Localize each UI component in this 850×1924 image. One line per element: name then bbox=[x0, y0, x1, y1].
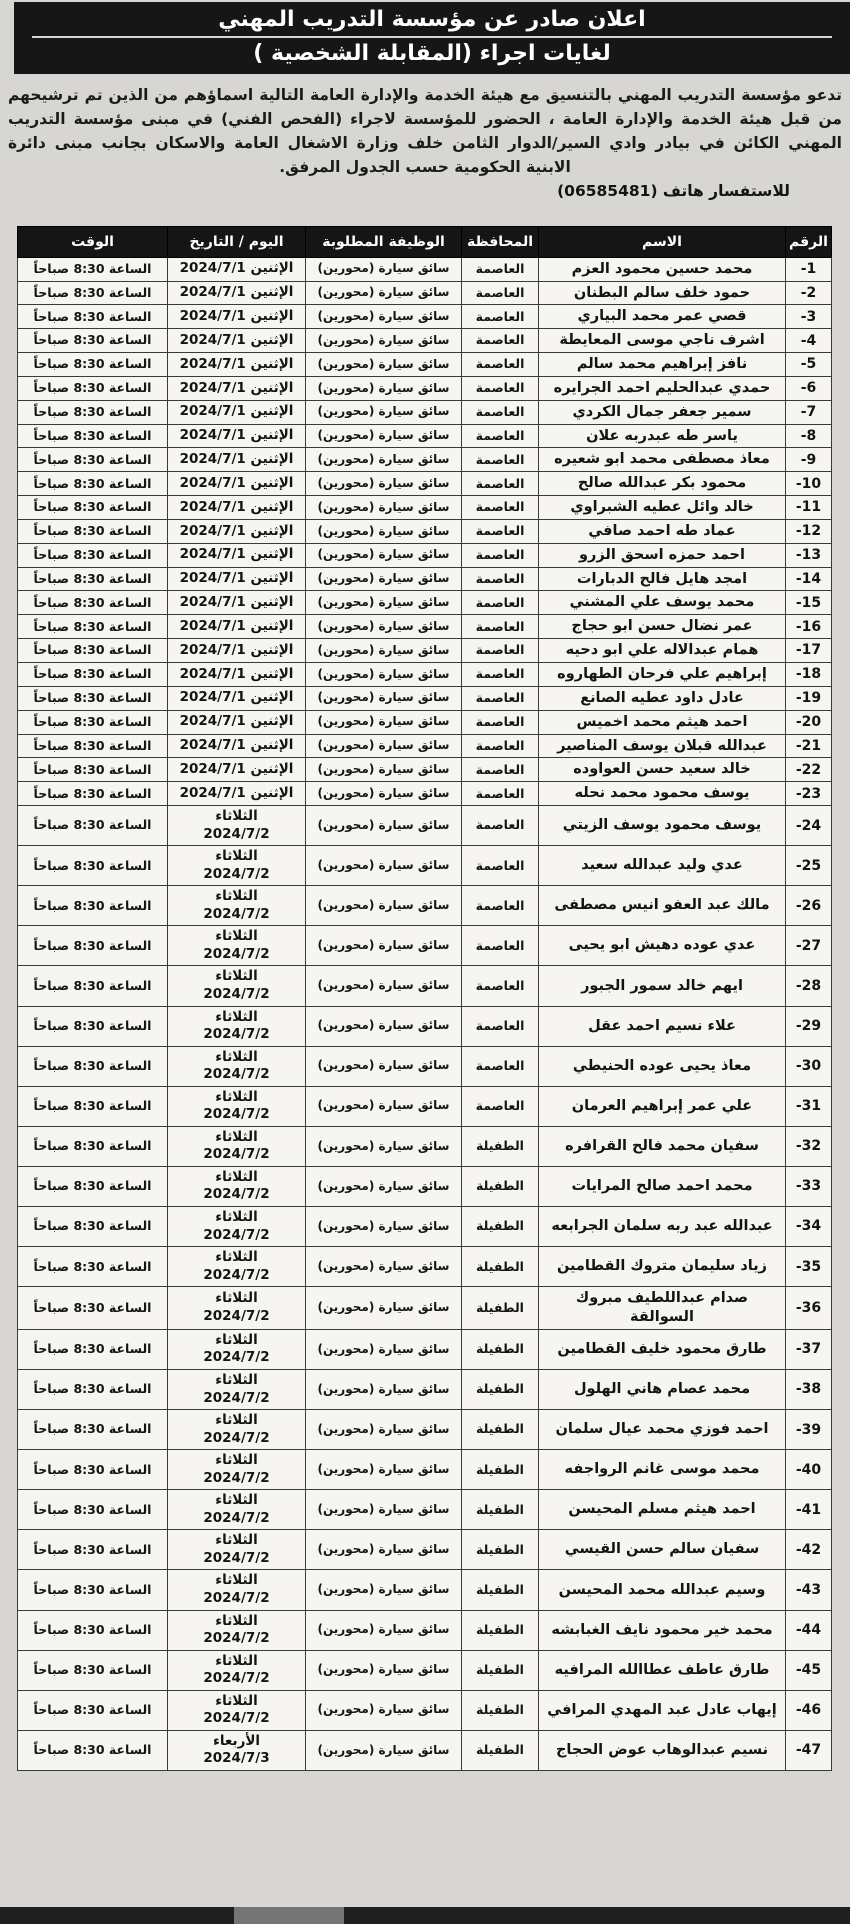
day-date-cell: الإثنين 2024/7/1 bbox=[168, 710, 306, 734]
job-cell: سائق سيارة (محورين) bbox=[306, 710, 462, 734]
governorate-cell: العاصمة bbox=[462, 686, 539, 710]
table-row: -6حمدي عبدالحليم احمد الجرايرهالعاصمةسائ… bbox=[18, 376, 832, 400]
day-date-cell: الإثنين 2024/7/1 bbox=[168, 591, 306, 615]
day-date-cell: الثلاثاء 2024/7/2 bbox=[168, 1166, 306, 1206]
job-cell: سائق سيارة (محورين) bbox=[306, 1730, 462, 1770]
row-number-cell: -22 bbox=[786, 758, 832, 782]
row-number-cell: -6 bbox=[786, 376, 832, 400]
time-cell: الساعة 8:30 صباحاً bbox=[18, 448, 168, 472]
name-cell: همام عبدالاله علي ابو دحيه bbox=[539, 639, 786, 663]
day-date-cell: الإثنين 2024/7/1 bbox=[168, 639, 306, 663]
job-cell: سائق سيارة (محورين) bbox=[306, 353, 462, 377]
name-cell: محمد عصام هاني الهلول bbox=[539, 1369, 786, 1409]
table-row: -30معاذ يحيى عوده الحنيطيالعاصمةسائق سيا… bbox=[18, 1046, 832, 1086]
table-row: -23يوسف محمود محمد نحلهالعاصمةسائق سيارة… bbox=[18, 782, 832, 806]
day-date-cell: الإثنين 2024/7/1 bbox=[168, 782, 306, 806]
job-cell: سائق سيارة (محورين) bbox=[306, 496, 462, 520]
name-cell: حمود خلف سالم البطنان bbox=[539, 281, 786, 305]
row-number-cell: -32 bbox=[786, 1126, 832, 1166]
table-row: -14امجد هايل فالح الدباراتالعاصمةسائق سي… bbox=[18, 567, 832, 591]
time-cell: الساعة 8:30 صباحاً bbox=[18, 1369, 168, 1409]
name-cell: ايهم خالد سمور الجبور bbox=[539, 966, 786, 1006]
day-date-cell: الثلاثاء 2024/7/2 bbox=[168, 1490, 306, 1530]
time-cell: الساعة 8:30 صباحاً bbox=[18, 806, 168, 846]
day-date-cell: الإثنين 2024/7/1 bbox=[168, 519, 306, 543]
roster-table-body: -1محمد حسين محمود العزمالعاصمةسائق سيارة… bbox=[18, 257, 832, 1770]
governorate-cell: العاصمة bbox=[462, 1086, 539, 1126]
job-cell: سائق سيارة (محورين) bbox=[306, 846, 462, 886]
time-cell: الساعة 8:30 صباحاً bbox=[18, 1730, 168, 1770]
time-cell: الساعة 8:30 صباحاً bbox=[18, 472, 168, 496]
name-cell: يوسف محمود محمد نحله bbox=[539, 782, 786, 806]
name-cell: إيهاب عادل عبد المهدي المرافي bbox=[539, 1690, 786, 1730]
table-row: -16عمر نضال حسن ابو حجاجالعاصمةسائق سيار… bbox=[18, 615, 832, 639]
day-date-cell: الثلاثاء 2024/7/2 bbox=[168, 1329, 306, 1369]
table-row: -27عدي عوده دهيش ابو يحيىالعاصمةسائق سيا… bbox=[18, 926, 832, 966]
governorate-cell: العاصمة bbox=[462, 400, 539, 424]
governorate-cell: العاصمة bbox=[462, 846, 539, 886]
name-cell: محمد موسى غانم الرواجفه bbox=[539, 1450, 786, 1490]
name-cell: علي عمر إبراهيم العرمان bbox=[539, 1086, 786, 1126]
day-date-cell: الإثنين 2024/7/1 bbox=[168, 448, 306, 472]
time-cell: الساعة 8:30 صباحاً bbox=[18, 1086, 168, 1126]
name-cell: ياسر طه عبدربه علان bbox=[539, 424, 786, 448]
table-row: -46إيهاب عادل عبد المهدي المرافيالطفيلةس… bbox=[18, 1690, 832, 1730]
job-cell: سائق سيارة (محورين) bbox=[306, 281, 462, 305]
day-date-cell: الثلاثاء 2024/7/2 bbox=[168, 1450, 306, 1490]
row-number-cell: -3 bbox=[786, 305, 832, 329]
row-number-cell: -43 bbox=[786, 1570, 832, 1610]
row-number-cell: -7 bbox=[786, 400, 832, 424]
row-number-cell: -30 bbox=[786, 1046, 832, 1086]
time-cell: الساعة 8:30 صباحاً bbox=[18, 1570, 168, 1610]
name-cell: إبراهيم علي فرحان الطهاروه bbox=[539, 663, 786, 687]
table-row: -40محمد موسى غانم الرواجفهالطفيلةسائق سي… bbox=[18, 1450, 832, 1490]
time-cell: الساعة 8:30 صباحاً bbox=[18, 1610, 168, 1650]
row-number-cell: -42 bbox=[786, 1530, 832, 1570]
row-number-cell: -20 bbox=[786, 710, 832, 734]
day-date-cell: الإثنين 2024/7/1 bbox=[168, 424, 306, 448]
name-cell: احمد حمزه اسحق الزرو bbox=[539, 543, 786, 567]
table-row: -12عماد طه احمد صافيالعاصمةسائق سيارة (م… bbox=[18, 519, 832, 543]
time-cell: الساعة 8:30 صباحاً bbox=[18, 1450, 168, 1490]
table-row: -8ياسر طه عبدربه علانالعاصمةسائق سيارة (… bbox=[18, 424, 832, 448]
table-row: -2حمود خلف سالم البطنانالعاصمةسائق سيارة… bbox=[18, 281, 832, 305]
time-cell: الساعة 8:30 صباحاً bbox=[18, 734, 168, 758]
governorate-cell: العاصمة bbox=[462, 353, 539, 377]
time-cell: الساعة 8:30 صباحاً bbox=[18, 567, 168, 591]
job-cell: سائق سيارة (محورين) bbox=[306, 782, 462, 806]
time-cell: الساعة 8:30 صباحاً bbox=[18, 519, 168, 543]
header-governorate: المحافظة bbox=[462, 226, 539, 257]
day-date-cell: الإثنين 2024/7/1 bbox=[168, 305, 306, 329]
job-cell: سائق سيارة (محورين) bbox=[306, 1690, 462, 1730]
table-row: -11خالد وائل عطيه الشبراويالعاصمةسائق سي… bbox=[18, 496, 832, 520]
time-cell: الساعة 8:30 صباحاً bbox=[18, 424, 168, 448]
governorate-cell: العاصمة bbox=[462, 734, 539, 758]
time-cell: الساعة 8:30 صباحاً bbox=[18, 639, 168, 663]
table-row: -38محمد عصام هاني الهلولالطفيلةسائق سيار… bbox=[18, 1369, 832, 1409]
table-row: -28ايهم خالد سمور الجبورالعاصمةسائق سيار… bbox=[18, 966, 832, 1006]
table-row: -24يوسف محمود يوسف الزيتيالعاصمةسائق سيا… bbox=[18, 806, 832, 846]
table-row: -36صدام عبداللطيف مبروك السوالقةالطفيلةس… bbox=[18, 1287, 832, 1330]
name-cell: عبدالله عبد ربه سلمان الجرابعه bbox=[539, 1207, 786, 1247]
row-number-cell: -2 bbox=[786, 281, 832, 305]
row-number-cell: -29 bbox=[786, 1006, 832, 1046]
name-cell: نافز إبراهيم محمد سالم bbox=[539, 353, 786, 377]
day-date-cell: الثلاثاء 2024/7/2 bbox=[168, 1126, 306, 1166]
row-number-cell: -4 bbox=[786, 329, 832, 353]
name-cell: قصي عمر محمد البياري bbox=[539, 305, 786, 329]
job-cell: سائق سيارة (محورين) bbox=[306, 329, 462, 353]
governorate-cell: العاصمة bbox=[462, 305, 539, 329]
table-row: -4اشرف ناجي موسى المعايطةالعاصمةسائق سيا… bbox=[18, 329, 832, 353]
job-cell: سائق سيارة (محورين) bbox=[306, 591, 462, 615]
day-date-cell: الإثنين 2024/7/1 bbox=[168, 400, 306, 424]
row-number-cell: -10 bbox=[786, 472, 832, 496]
table-row: -32سفيان محمد فالح القرافرهالطفيلةسائق س… bbox=[18, 1126, 832, 1166]
table-row: -10محمود بكر عبدالله صالحالعاصمةسائق سيا… bbox=[18, 472, 832, 496]
table-row: -18إبراهيم علي فرحان الطهاروهالعاصمةسائق… bbox=[18, 663, 832, 687]
row-number-cell: -9 bbox=[786, 448, 832, 472]
job-cell: سائق سيارة (محورين) bbox=[306, 257, 462, 281]
table-row: -29علاء نسيم احمد عقلالعاصمةسائق سيارة (… bbox=[18, 1006, 832, 1046]
table-row: -39احمد فوزي محمد عيال سلمانالطفيلةسائق … bbox=[18, 1410, 832, 1450]
name-cell: عماد طه احمد صافي bbox=[539, 519, 786, 543]
day-date-cell: الإثنين 2024/7/1 bbox=[168, 567, 306, 591]
job-cell: سائق سيارة (محورين) bbox=[306, 1450, 462, 1490]
newspaper-announcement-page: { "colors":{ "page_bg":"#d7d6d2", "title… bbox=[0, 0, 850, 1924]
name-cell: امجد هايل فالح الدبارات bbox=[539, 567, 786, 591]
row-number-cell: -40 bbox=[786, 1450, 832, 1490]
time-cell: الساعة 8:30 صباحاً bbox=[18, 1046, 168, 1086]
job-cell: سائق سيارة (محورين) bbox=[306, 1006, 462, 1046]
table-row: -47نسيم عبدالوهاب عوض الحجاجالطفيلةسائق … bbox=[18, 1730, 832, 1770]
row-number-cell: -31 bbox=[786, 1086, 832, 1126]
table-row: -33محمد احمد صالح المراياتالطفيلةسائق سي… bbox=[18, 1166, 832, 1206]
governorate-cell: الطفيلة bbox=[462, 1450, 539, 1490]
table-row: -42سفيان سالم حسن القيسيالطفيلةسائق سيار… bbox=[18, 1530, 832, 1570]
job-cell: سائق سيارة (محورين) bbox=[306, 1166, 462, 1206]
day-date-cell: الثلاثاء 2024/7/2 bbox=[168, 1530, 306, 1570]
time-cell: الساعة 8:30 صباحاً bbox=[18, 1247, 168, 1287]
time-cell: الساعة 8:30 صباحاً bbox=[18, 758, 168, 782]
row-number-cell: -39 bbox=[786, 1410, 832, 1450]
name-cell: عدي وليد عبدالله سعيد bbox=[539, 846, 786, 886]
day-date-cell: الثلاثاء 2024/7/2 bbox=[168, 1207, 306, 1247]
row-number-cell: -12 bbox=[786, 519, 832, 543]
table-row: -25عدي وليد عبدالله سعيدالعاصمةسائق سيار… bbox=[18, 846, 832, 886]
announcement-title-line2: لغايات اجراء (المقابلة الشخصية ) bbox=[18, 41, 846, 66]
row-number-cell: -19 bbox=[786, 686, 832, 710]
day-date-cell: الإثنين 2024/7/1 bbox=[168, 329, 306, 353]
name-cell: طارق عاطف عطاالله المرافيه bbox=[539, 1650, 786, 1690]
time-cell: الساعة 8:30 صباحاً bbox=[18, 1690, 168, 1730]
job-cell: سائق سيارة (محورين) bbox=[306, 305, 462, 329]
day-date-cell: الإثنين 2024/7/1 bbox=[168, 663, 306, 687]
day-date-cell: الثلاثاء 2024/7/2 bbox=[168, 1247, 306, 1287]
row-number-cell: -44 bbox=[786, 1610, 832, 1650]
day-date-cell: الإثنين 2024/7/1 bbox=[168, 353, 306, 377]
job-cell: سائق سيارة (محورين) bbox=[306, 1046, 462, 1086]
row-number-cell: -47 bbox=[786, 1730, 832, 1770]
job-cell: سائق سيارة (محورين) bbox=[306, 567, 462, 591]
day-date-cell: الثلاثاء 2024/7/2 bbox=[168, 1369, 306, 1409]
header-day-date: اليوم / التاريخ bbox=[168, 226, 306, 257]
time-cell: الساعة 8:30 صباحاً bbox=[18, 966, 168, 1006]
day-date-cell: الثلاثاء 2024/7/2 bbox=[168, 1690, 306, 1730]
governorate-cell: العاصمة bbox=[462, 496, 539, 520]
row-number-cell: -45 bbox=[786, 1650, 832, 1690]
governorate-cell: العاصمة bbox=[462, 710, 539, 734]
name-cell: سمير جعفر جمال الكردي bbox=[539, 400, 786, 424]
governorate-cell: الطفيلة bbox=[462, 1329, 539, 1369]
job-cell: سائق سيارة (محورين) bbox=[306, 1410, 462, 1450]
time-cell: الساعة 8:30 صباحاً bbox=[18, 591, 168, 615]
governorate-cell: العاصمة bbox=[462, 615, 539, 639]
row-number-cell: -11 bbox=[786, 496, 832, 520]
name-cell: سفيان سالم حسن القيسي bbox=[539, 1530, 786, 1570]
job-cell: سائق سيارة (محورين) bbox=[306, 758, 462, 782]
table-row: -21عبدالله قبلان يوسف المناصيرالعاصمةسائ… bbox=[18, 734, 832, 758]
job-cell: سائق سيارة (محورين) bbox=[306, 1490, 462, 1530]
name-cell: طارق محمود خليف القطامين bbox=[539, 1329, 786, 1369]
header-name: الاسم bbox=[539, 226, 786, 257]
name-cell: احمد فوزي محمد عيال سلمان bbox=[539, 1410, 786, 1450]
time-cell: الساعة 8:30 صباحاً bbox=[18, 329, 168, 353]
row-number-cell: -8 bbox=[786, 424, 832, 448]
name-cell: وسيم عبدالله محمد المحيسن bbox=[539, 1570, 786, 1610]
governorate-cell: العاصمة bbox=[462, 448, 539, 472]
row-number-cell: -46 bbox=[786, 1690, 832, 1730]
time-cell: الساعة 8:30 صباحاً bbox=[18, 663, 168, 687]
row-number-cell: -14 bbox=[786, 567, 832, 591]
job-cell: سائق سيارة (محورين) bbox=[306, 519, 462, 543]
row-number-cell: -33 bbox=[786, 1166, 832, 1206]
time-cell: الساعة 8:30 صباحاً bbox=[18, 353, 168, 377]
job-cell: سائق سيارة (محورين) bbox=[306, 639, 462, 663]
day-date-cell: الثلاثاء 2024/7/2 bbox=[168, 1287, 306, 1330]
time-cell: الساعة 8:30 صباحاً bbox=[18, 615, 168, 639]
day-date-cell: الثلاثاء 2024/7/2 bbox=[168, 926, 306, 966]
job-cell: سائق سيارة (محورين) bbox=[306, 400, 462, 424]
name-cell: معاذ مصطفى محمد ابو شعيره bbox=[539, 448, 786, 472]
row-number-cell: -27 bbox=[786, 926, 832, 966]
row-number-cell: -36 bbox=[786, 1287, 832, 1330]
time-cell: الساعة 8:30 صباحاً bbox=[18, 846, 168, 886]
day-date-cell: الثلاثاء 2024/7/2 bbox=[168, 1610, 306, 1650]
title-separator-line bbox=[32, 36, 832, 38]
job-cell: سائق سيارة (محورين) bbox=[306, 1207, 462, 1247]
governorate-cell: الطفيلة bbox=[462, 1570, 539, 1610]
name-cell: زياد سليمان متروك القطامين bbox=[539, 1247, 786, 1287]
table-row: -34عبدالله عبد ربه سلمان الجرابعهالطفيلة… bbox=[18, 1207, 832, 1247]
time-cell: الساعة 8:30 صباحاً bbox=[18, 400, 168, 424]
table-row: -13احمد حمزه اسحق الزروالعاصمةسائق سيارة… bbox=[18, 543, 832, 567]
table-row: -22خالد سعيد حسن العواودهالعاصمةسائق سيا… bbox=[18, 758, 832, 782]
day-date-cell: الإثنين 2024/7/1 bbox=[168, 615, 306, 639]
time-cell: الساعة 8:30 صباحاً bbox=[18, 1650, 168, 1690]
governorate-cell: الطفيلة bbox=[462, 1610, 539, 1650]
governorate-cell: الطفيلة bbox=[462, 1730, 539, 1770]
day-date-cell: الثلاثاء 2024/7/2 bbox=[168, 1046, 306, 1086]
job-cell: سائق سيارة (محورين) bbox=[306, 615, 462, 639]
governorate-cell: العاصمة bbox=[462, 281, 539, 305]
governorate-cell: العاصمة bbox=[462, 472, 539, 496]
governorate-cell: العاصمة bbox=[462, 663, 539, 687]
name-cell: احمد هيثم مسلم المحيسن bbox=[539, 1490, 786, 1530]
day-date-cell: الإثنين 2024/7/1 bbox=[168, 496, 306, 520]
governorate-cell: العاصمة bbox=[462, 886, 539, 926]
name-cell: معاذ يحيى عوده الحنيطي bbox=[539, 1046, 786, 1086]
phone-inquiry-line: للاستفسار هاتف (06585481) bbox=[8, 182, 790, 200]
name-cell: نسيم عبدالوهاب عوض الحجاج bbox=[539, 1730, 786, 1770]
time-cell: الساعة 8:30 صباحاً bbox=[18, 1006, 168, 1046]
governorate-cell: الطفيلة bbox=[462, 1207, 539, 1247]
table-row: -41احمد هيثم مسلم المحيسنالطفيلةسائق سيا… bbox=[18, 1490, 832, 1530]
name-cell: صدام عبداللطيف مبروك السوالقة bbox=[539, 1287, 786, 1330]
job-cell: سائق سيارة (محورين) bbox=[306, 1247, 462, 1287]
row-number-cell: -15 bbox=[786, 591, 832, 615]
day-date-cell: الثلاثاء 2024/7/2 bbox=[168, 886, 306, 926]
governorate-cell: الطفيلة bbox=[462, 1287, 539, 1330]
time-cell: الساعة 8:30 صباحاً bbox=[18, 1530, 168, 1570]
time-cell: الساعة 8:30 صباحاً bbox=[18, 496, 168, 520]
table-row: -1محمد حسين محمود العزمالعاصمةسائق سيارة… bbox=[18, 257, 832, 281]
job-cell: سائق سيارة (محورين) bbox=[306, 1530, 462, 1570]
day-date-cell: الإثنين 2024/7/1 bbox=[168, 543, 306, 567]
time-cell: الساعة 8:30 صباحاً bbox=[18, 1329, 168, 1369]
intro-paragraph: تدعو مؤسسة التدريب المهني بالتنسيق مع هي… bbox=[8, 83, 842, 179]
header-number: الرقم bbox=[786, 226, 832, 257]
table-row: -44محمد خير محمود نايف الغبابشهالطفيلةسا… bbox=[18, 1610, 832, 1650]
job-cell: سائق سيارة (محورين) bbox=[306, 543, 462, 567]
job-cell: سائق سيارة (محورين) bbox=[306, 926, 462, 966]
job-cell: سائق سيارة (محورين) bbox=[306, 424, 462, 448]
governorate-cell: العاصمة bbox=[462, 1046, 539, 1086]
table-row: -37طارق محمود خليف القطامينالطفيلةسائق س… bbox=[18, 1329, 832, 1369]
governorate-cell: العاصمة bbox=[462, 966, 539, 1006]
scan-bottom-bar bbox=[0, 1907, 850, 1924]
governorate-cell: العاصمة bbox=[462, 758, 539, 782]
table-row: -43وسيم عبدالله محمد المحيسنالطفيلةسائق … bbox=[18, 1570, 832, 1610]
governorate-cell: الطفيلة bbox=[462, 1126, 539, 1166]
job-cell: سائق سيارة (محورين) bbox=[306, 734, 462, 758]
time-cell: الساعة 8:30 صباحاً bbox=[18, 305, 168, 329]
day-date-cell: الثلاثاء 2024/7/2 bbox=[168, 1086, 306, 1126]
time-cell: الساعة 8:30 صباحاً bbox=[18, 782, 168, 806]
day-date-cell: الثلاثاء 2024/7/2 bbox=[168, 966, 306, 1006]
name-cell: عدي عوده دهيش ابو يحيى bbox=[539, 926, 786, 966]
name-cell: محمد يوسف علي المشني bbox=[539, 591, 786, 615]
job-cell: سائق سيارة (محورين) bbox=[306, 1369, 462, 1409]
governorate-cell: العاصمة bbox=[462, 519, 539, 543]
name-cell: سفيان محمد فالح القرافره bbox=[539, 1126, 786, 1166]
governorate-cell: العاصمة bbox=[462, 1006, 539, 1046]
time-cell: الساعة 8:30 صباحاً bbox=[18, 1207, 168, 1247]
governorate-cell: العاصمة bbox=[462, 591, 539, 615]
governorate-cell: العاصمة bbox=[462, 782, 539, 806]
time-cell: الساعة 8:30 صباحاً bbox=[18, 686, 168, 710]
day-date-cell: الثلاثاء 2024/7/2 bbox=[168, 806, 306, 846]
roster-table: الرقم الاسم المحافظة الوظيفة المطلوبة ال… bbox=[17, 226, 832, 1771]
time-cell: الساعة 8:30 صباحاً bbox=[18, 926, 168, 966]
day-date-cell: الثلاثاء 2024/7/2 bbox=[168, 1410, 306, 1450]
table-row: -19عادل داود عطيه الصانعالعاصمةسائق سيار… bbox=[18, 686, 832, 710]
governorate-cell: العاصمة bbox=[462, 376, 539, 400]
row-number-cell: -26 bbox=[786, 886, 832, 926]
governorate-cell: الطفيلة bbox=[462, 1490, 539, 1530]
name-cell: مالك عبد العفو انيس مصطفى bbox=[539, 886, 786, 926]
row-number-cell: -24 bbox=[786, 806, 832, 846]
row-number-cell: -16 bbox=[786, 615, 832, 639]
row-number-cell: -21 bbox=[786, 734, 832, 758]
time-cell: الساعة 8:30 صباحاً bbox=[18, 376, 168, 400]
row-number-cell: -23 bbox=[786, 782, 832, 806]
name-cell: محمود بكر عبدالله صالح bbox=[539, 472, 786, 496]
day-date-cell: الثلاثاء 2024/7/2 bbox=[168, 1570, 306, 1610]
day-date-cell: الإثنين 2024/7/1 bbox=[168, 734, 306, 758]
day-date-cell: الإثنين 2024/7/1 bbox=[168, 758, 306, 782]
day-date-cell: الثلاثاء 2024/7/2 bbox=[168, 1006, 306, 1046]
announcement-title-box: اعلان صادر عن مؤسسة التدريب المهني لغايا… bbox=[14, 2, 850, 74]
time-cell: الساعة 8:30 صباحاً bbox=[18, 1490, 168, 1530]
governorate-cell: العاصمة bbox=[462, 424, 539, 448]
name-cell: حمدي عبدالحليم احمد الجرايره bbox=[539, 376, 786, 400]
row-number-cell: -13 bbox=[786, 543, 832, 567]
governorate-cell: الطفيلة bbox=[462, 1690, 539, 1730]
scan-bottom-bar-light-segment bbox=[234, 1907, 345, 1924]
table-row: -45طارق عاطف عطاالله المرافيهالطفيلةسائق… bbox=[18, 1650, 832, 1690]
name-cell: عبدالله قبلان يوسف المناصير bbox=[539, 734, 786, 758]
name-cell: عمر نضال حسن ابو حجاج bbox=[539, 615, 786, 639]
row-number-cell: -17 bbox=[786, 639, 832, 663]
time-cell: الساعة 8:30 صباحاً bbox=[18, 281, 168, 305]
governorate-cell: الطفيلة bbox=[462, 1166, 539, 1206]
table-header-row: الرقم الاسم المحافظة الوظيفة المطلوبة ال… bbox=[18, 226, 832, 257]
name-cell: علاء نسيم احمد عقل bbox=[539, 1006, 786, 1046]
time-cell: الساعة 8:30 صباحاً bbox=[18, 1126, 168, 1166]
job-cell: سائق سيارة (محورين) bbox=[306, 1329, 462, 1369]
announcement-title-line1: اعلان صادر عن مؤسسة التدريب المهني bbox=[18, 7, 846, 32]
table-row: -31علي عمر إبراهيم العرمانالعاصمةسائق سي… bbox=[18, 1086, 832, 1126]
governorate-cell: العاصمة bbox=[462, 257, 539, 281]
row-number-cell: -41 bbox=[786, 1490, 832, 1530]
job-cell: سائق سيارة (محورين) bbox=[306, 886, 462, 926]
day-date-cell: الثلاثاء 2024/7/2 bbox=[168, 846, 306, 886]
table-row: -7سمير جعفر جمال الكرديالعاصمةسائق سيارة… bbox=[18, 400, 832, 424]
day-date-cell: الإثنين 2024/7/1 bbox=[168, 376, 306, 400]
row-number-cell: -37 bbox=[786, 1329, 832, 1369]
job-cell: سائق سيارة (محورين) bbox=[306, 1086, 462, 1126]
job-cell: سائق سيارة (محورين) bbox=[306, 686, 462, 710]
job-cell: سائق سيارة (محورين) bbox=[306, 663, 462, 687]
name-cell: اشرف ناجي موسى المعايطة bbox=[539, 329, 786, 353]
governorate-cell: العاصمة bbox=[462, 543, 539, 567]
day-date-cell: الإثنين 2024/7/1 bbox=[168, 257, 306, 281]
governorate-cell: الطفيلة bbox=[462, 1410, 539, 1450]
job-cell: سائق سيارة (محورين) bbox=[306, 1650, 462, 1690]
governorate-cell: العاصمة bbox=[462, 926, 539, 966]
row-number-cell: -35 bbox=[786, 1247, 832, 1287]
day-date-cell: الأربعاء 2024/7/3 bbox=[168, 1730, 306, 1770]
header-job: الوظيفة المطلوبة bbox=[306, 226, 462, 257]
day-date-cell: الثلاثاء 2024/7/2 bbox=[168, 1650, 306, 1690]
time-cell: الساعة 8:30 صباحاً bbox=[18, 257, 168, 281]
time-cell: الساعة 8:30 صباحاً bbox=[18, 543, 168, 567]
time-cell: الساعة 8:30 صباحاً bbox=[18, 1287, 168, 1330]
governorate-cell: العاصمة bbox=[462, 567, 539, 591]
